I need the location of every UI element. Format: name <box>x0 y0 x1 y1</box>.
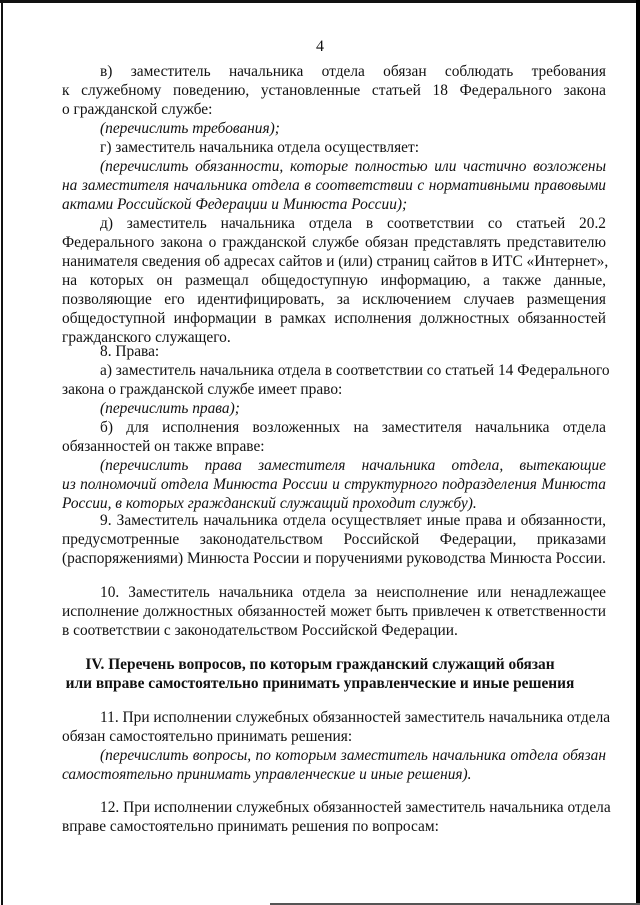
placeholder-duties-line: на заместителя начальника отдела в соотв… <box>62 176 606 195</box>
page-number: 4 <box>0 38 640 56</box>
paragraph-12-line: вправе самостоятельно принимать решения … <box>62 817 606 836</box>
paragraph-a-line: закона о гражданской службе имеет право: <box>62 380 606 399</box>
paragraph-10-line: в соответствии с законодательством Росси… <box>62 621 606 640</box>
page-border-left <box>1 0 3 905</box>
paragraph-b-line: б) для исполнения возложенных на замести… <box>100 418 606 437</box>
placeholder-requirements: (перечислить требования); <box>100 119 606 138</box>
paragraph-11-line: 11. При исполнении служебных обязанносте… <box>100 708 606 727</box>
paragraph-9-line: (распоряжениями) Минюста России и поруче… <box>62 549 606 568</box>
placeholder-rights: (перечислить права); <box>100 399 606 418</box>
paragraph-d-line: позволяющие его идентифицировать, за иск… <box>62 290 606 309</box>
paragraph-11-line: обязан самостоятельно принимать решения: <box>62 727 606 746</box>
paragraph-a-line: а) заместитель начальника отдела в соотв… <box>100 361 606 380</box>
page-border-top <box>0 0 640 3</box>
paragraph-10-line: 10. Заместитель начальника отдела за неи… <box>100 583 606 602</box>
paragraph-12-line: 12. При исполнении служебных обязанносте… <box>100 798 606 817</box>
paragraph-v-line: в) заместитель начальника отдела обязан … <box>100 62 606 81</box>
page-border-right <box>636 0 640 905</box>
paragraph-d-line: общедоступной информации в рамках исполн… <box>62 309 606 328</box>
paragraph-g-line: г) заместитель начальника отдела осущест… <box>100 138 606 157</box>
paragraph-d-line: нанимателя сведения об адресах сайтов и … <box>62 252 606 271</box>
paragraph-v-line: к служебному поведению, установленные ст… <box>62 81 606 100</box>
paragraph-9-line: 9. Заместитель начальника отдела осущест… <box>100 511 606 530</box>
placeholder-duties-line: актами Российской Федерации и Минюста Ро… <box>62 195 606 214</box>
placeholder-duties-line: (перечислить обязанности, которые полнос… <box>100 157 606 176</box>
section-iv-heading: IV. Перечень вопросов, по которым гражда… <box>0 655 640 674</box>
document-page: 4 в) заместитель начальника отдела обяза… <box>0 0 640 905</box>
paragraph-9-line: предусмотренные законодательством Россий… <box>62 530 606 549</box>
paragraph-d-line: д) заместитель начальника отдела в соотв… <box>100 214 606 233</box>
paragraph-d-line: Федерального закона о гражданской службе… <box>62 233 606 252</box>
paragraph-10-line: исполнение должностных обязанностей може… <box>62 602 606 621</box>
section-iv-heading: или вправе самостоятельно принимать упра… <box>0 674 640 693</box>
placeholder-rights-line: из полномочий отдела Минюста России и ст… <box>62 475 606 494</box>
placeholder-decisions-line: самостоятельно принимать управленческие … <box>62 765 606 784</box>
paragraph-v-line: о гражданской службе: <box>62 100 606 119</box>
section-8-title: 8. Права: <box>100 342 606 361</box>
placeholder-decisions-line: (перечислить вопросы, по которым замести… <box>100 746 606 765</box>
paragraph-d-line: на которых он размещал общедоступную инф… <box>62 271 606 290</box>
paragraph-b-line: обязанностей он также вправе: <box>62 437 606 456</box>
placeholder-rights-line: (перечислить права заместителя начальник… <box>100 456 606 475</box>
